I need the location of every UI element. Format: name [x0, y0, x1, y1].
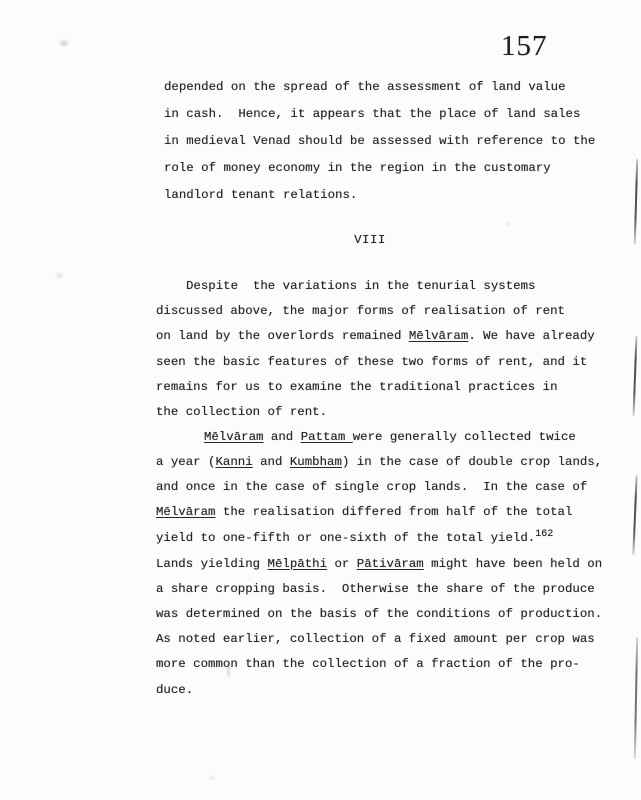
- text-line: in cash. Hence, it appears that the plac…: [164, 101, 595, 128]
- text-line: yield to one-fifth or one-sixth of the t…: [156, 526, 602, 552]
- text-segment: yield to one-fifth or one-sixth of the t…: [156, 531, 535, 545]
- underlined-term: Pātivāram: [357, 557, 424, 571]
- text-segment: Lands yielding: [156, 557, 268, 571]
- page-number: 157: [501, 31, 548, 61]
- underlined-term: Mēlpāthi: [268, 557, 328, 571]
- text-line: and once in the case of single crop land…: [156, 475, 602, 500]
- text-line: duce.: [156, 678, 602, 703]
- text-line: landlord tenant relations.: [164, 182, 595, 209]
- text-line: more common than the collection of a fra…: [156, 652, 602, 677]
- text-line: on land by the overlords remained Mēlvār…: [156, 324, 595, 349]
- underlined-term: Mēlvāram: [156, 505, 216, 519]
- section-heading: VIII: [156, 228, 584, 253]
- text-segment: might have been held on: [424, 557, 602, 571]
- scanned-document-page: 157 depended on the spread of the assess…: [0, 0, 641, 800]
- paragraph-2: Despite the variations in the tenurial s…: [156, 274, 595, 425]
- scan-smudge: [60, 40, 68, 46]
- scan-edge-artifact: [633, 336, 638, 416]
- text-line: the collection of rent.: [156, 400, 595, 425]
- text-line: seen the basic features of these two for…: [156, 350, 595, 375]
- text-line: role of money economy in the region in t…: [164, 155, 595, 182]
- paragraph-1: depended on the spread of the assessment…: [164, 74, 595, 209]
- text-line: in medieval Venad should be assessed wit…: [164, 128, 595, 155]
- text-line: Mēlvāram the realisation differed from h…: [156, 500, 602, 525]
- underlined-term: Pattam: [301, 430, 353, 444]
- footnote-reference: 162: [535, 529, 553, 540]
- text-segment: a year (: [156, 455, 216, 469]
- text-line: Mēlvāram and Pattam were generally colle…: [156, 425, 602, 450]
- text-line: discussed above, the major forms of real…: [156, 299, 595, 324]
- text-segment: or: [327, 557, 357, 571]
- text-segment: and: [264, 430, 301, 444]
- scan-smudge: [56, 273, 63, 278]
- text-line: Lands yielding Mēlpāthi or Pātivāram mig…: [156, 552, 602, 577]
- text-line: As noted earlier, collection of a fixed …: [156, 627, 602, 652]
- text-segment: on land by the overlords remained: [156, 329, 409, 343]
- text-segment: and: [253, 455, 290, 469]
- text-segment: ) in the case of double crop lands,: [342, 455, 602, 469]
- underlined-term: Kanni: [216, 455, 253, 469]
- text-segment: the realisation differed from half of th…: [216, 505, 573, 519]
- text-line: a year (Kanni and Kumbham) in the case o…: [156, 450, 602, 475]
- scan-smudge: [227, 663, 230, 677]
- scan-edge-artifact: [634, 637, 638, 759]
- scan-edge-artifact: [634, 159, 638, 244]
- scan-smudge: [208, 776, 215, 780]
- text-segment: were generally collected twice: [353, 430, 576, 444]
- underlined-term: Mēlvāram: [409, 329, 469, 343]
- scan-smudge: [506, 222, 511, 226]
- text-line: was determined on the basis of the condi…: [156, 602, 602, 627]
- paragraph-3: Mēlvāram and Pattam were generally colle…: [156, 425, 602, 703]
- text-segment: . We have already: [468, 329, 594, 343]
- scan-edge-artifact: [632, 475, 637, 555]
- underlined-term: Kumbham: [290, 455, 342, 469]
- text-line: remains for us to examine the traditiona…: [156, 375, 595, 400]
- text-line: depended on the spread of the assessment…: [164, 74, 595, 101]
- text-line: Despite the variations in the tenurial s…: [156, 274, 595, 299]
- text-line: a share cropping basis. Otherwise the sh…: [156, 577, 602, 602]
- underlined-term: Mēlvāram: [204, 430, 264, 444]
